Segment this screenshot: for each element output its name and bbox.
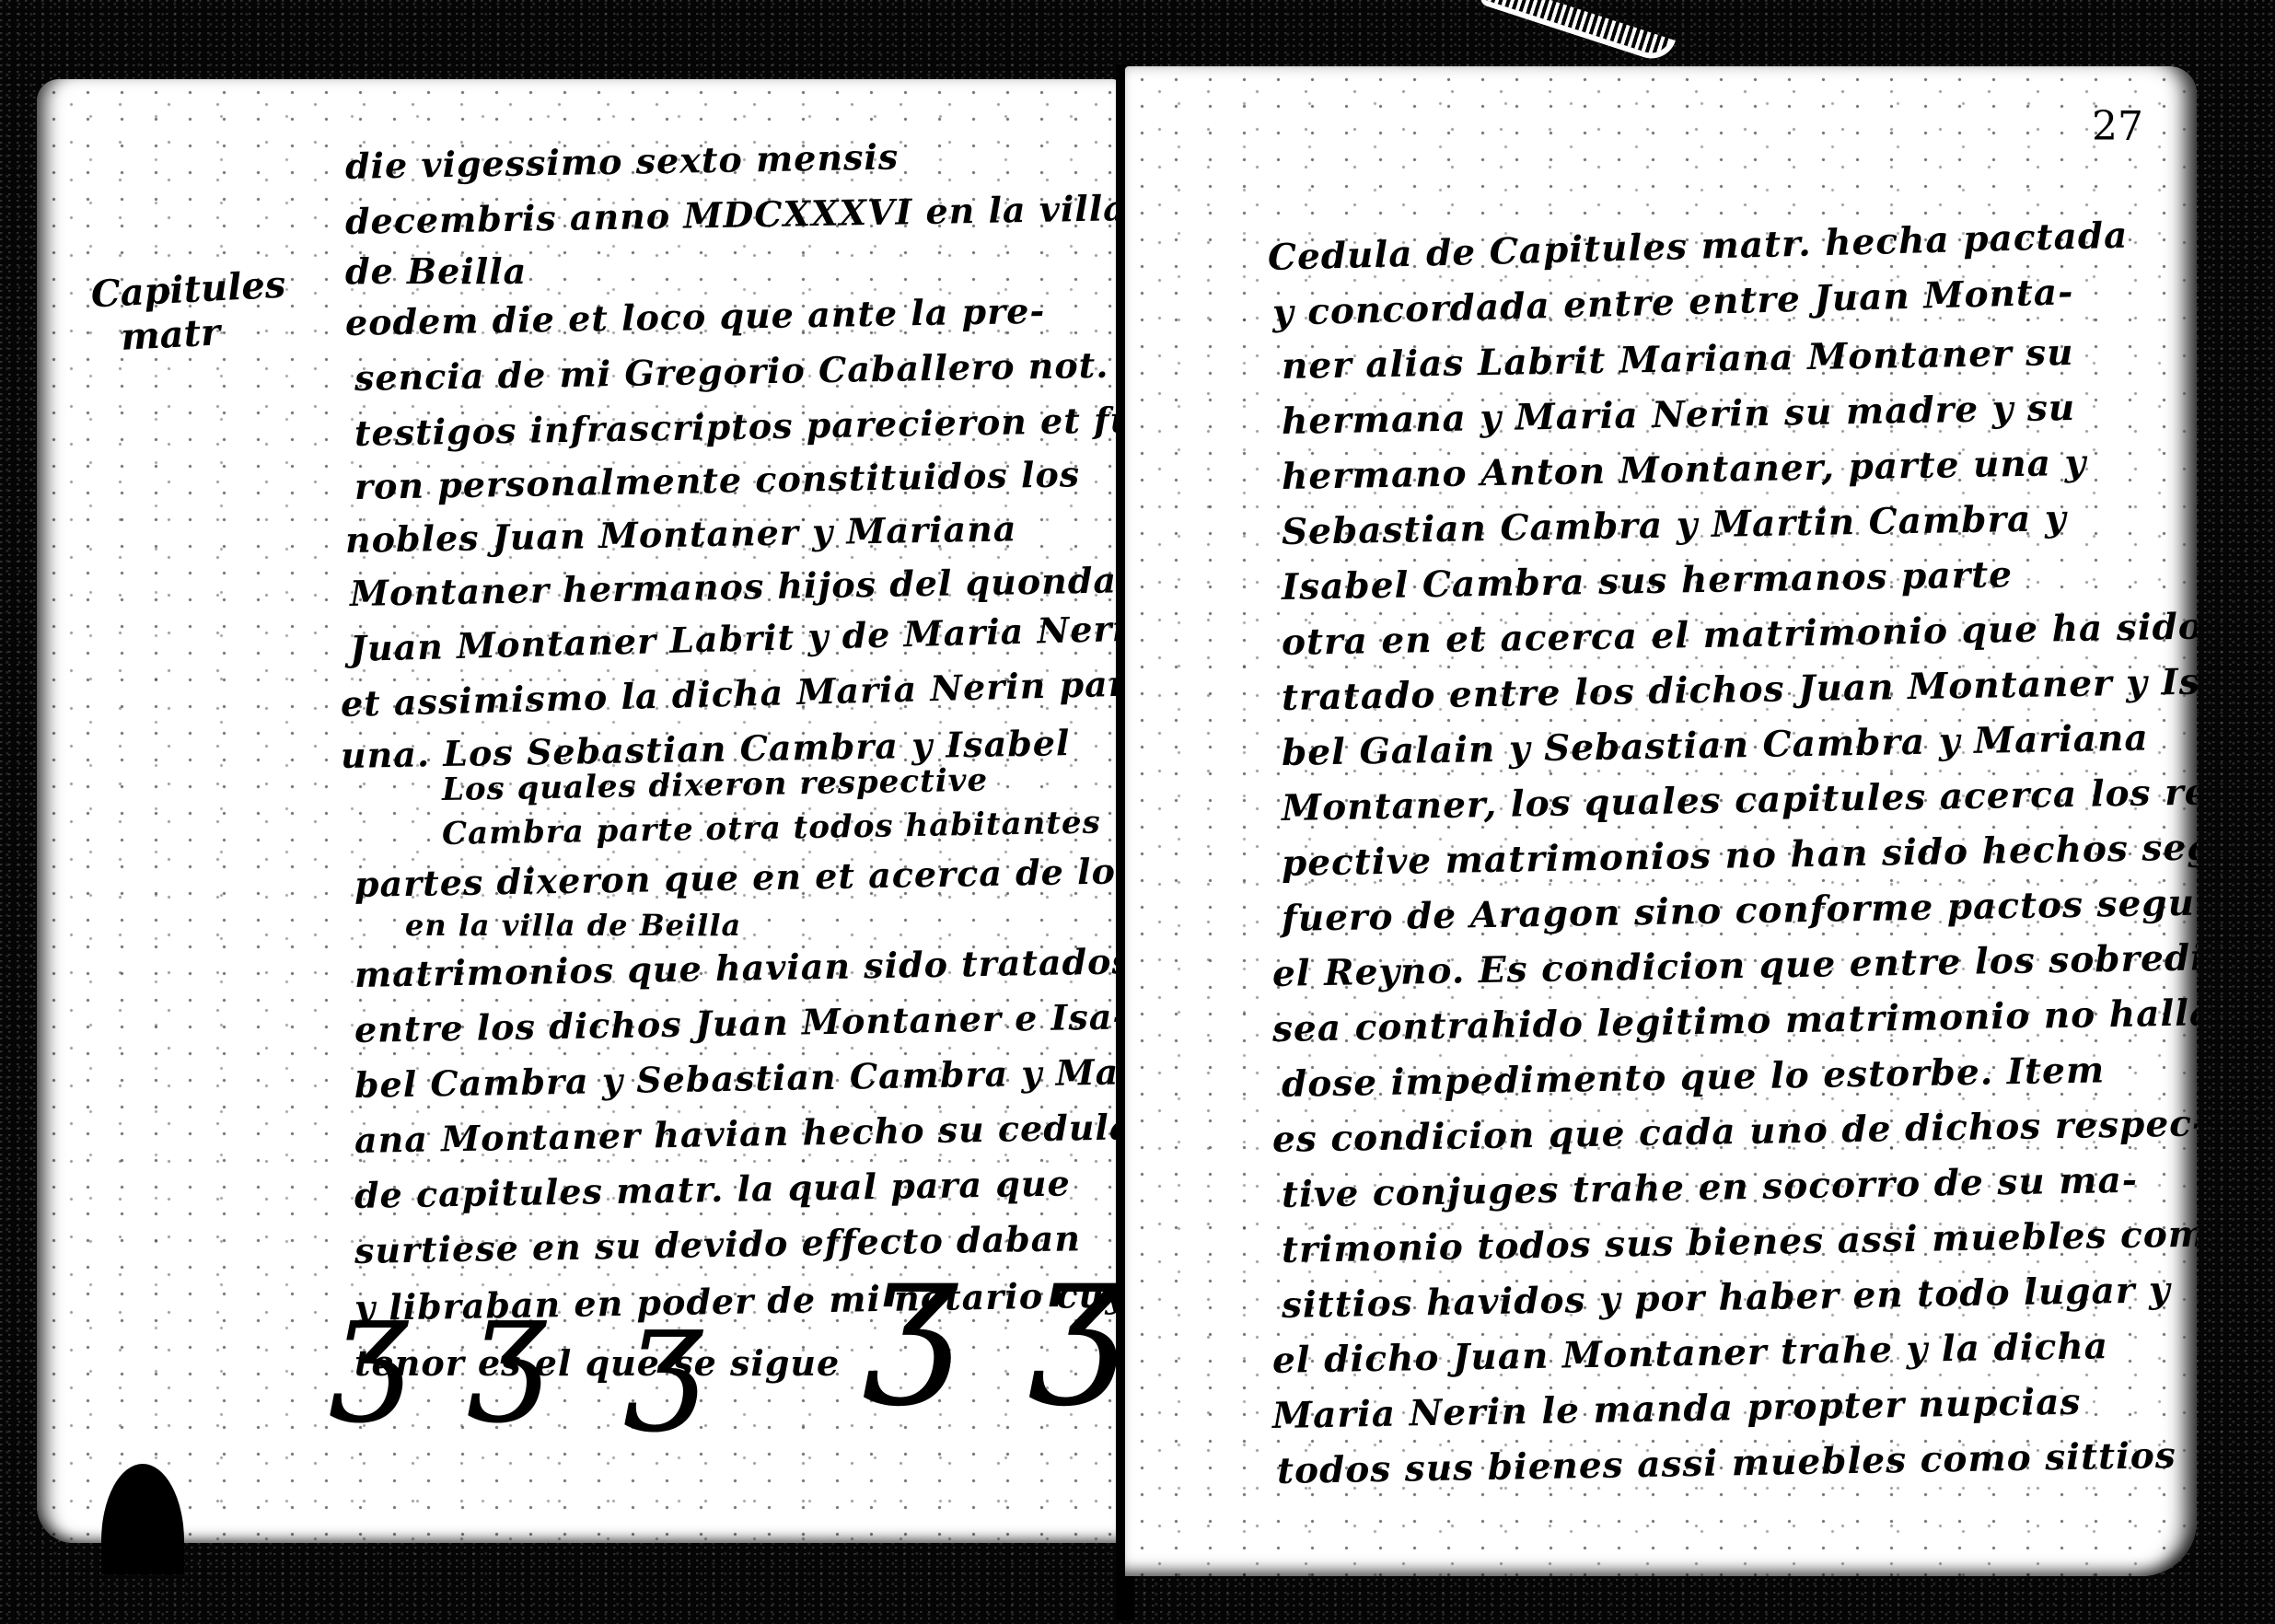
text-line: tenor es el que se sigue (354, 1342, 840, 1384)
text-line: ron personalmente constituidos los (354, 453, 1081, 507)
text-line: eodem die et loco que ante la pre- (345, 290, 1046, 343)
text-line: y concordada entre entre Juan Monta- (1271, 271, 2073, 334)
text-line: Montaner, los quales capitules acerca lo… (1282, 771, 2197, 829)
text-line: tive conjuges trahe en socorro de su ma- (1282, 1159, 2139, 1216)
text-line: ana Montaner havian hecho su cedula (354, 1106, 1119, 1161)
text-line: bel Galain y Sebastian Cambra y Mariana (1282, 717, 2149, 774)
text-line: ner alias Labrit Mariana Montaner su (1282, 331, 2074, 388)
text-line: nobles Juan Montaner y Mariana (345, 507, 1017, 561)
closing-flourish: ʒ (331, 1276, 410, 1414)
text-line: sea contrahido legitimo matrimonio no ha… (1272, 991, 2197, 1050)
text-line: pective matrimonios no han sido hechos s… (1282, 825, 2197, 885)
left-page: Capitules matr die vigessimo sexto mensi… (37, 79, 1119, 1543)
text-line: en la villa de Beilla (405, 908, 741, 943)
text-line: es condicion que cada uno de dichos resp… (1272, 1102, 2197, 1161)
text-line: Cedula de Capitules matr. hecha pactada (1267, 215, 2129, 279)
text-line: trimonio todos sus bienes assi muebles c… (1282, 1212, 2197, 1271)
closing-flourish: ʒ (470, 1276, 548, 1414)
margin-note-line: matr (92, 307, 289, 361)
text-line: matrimonios que havian sido tratados (354, 940, 1119, 995)
text-line: Maria Nerin le manda propter nupcias (1272, 1381, 2082, 1437)
text-line: surtiese en su devido effecto daban (354, 1217, 1082, 1271)
closing-flourish: ʒ (1031, 1230, 1119, 1396)
text-line: sencia de mi Gregorio Caballero not. y d… (354, 342, 1119, 399)
text-line: dose impedimento que lo estorbe. Item (1282, 1049, 2106, 1106)
text-line: de capitules matr. la qual para que (354, 1162, 1071, 1216)
text-line: otra en et acerca el matrimonio que ha s… (1282, 606, 2197, 664)
text-line: Isabel Cambra sus hermanos parte (1282, 553, 2014, 609)
text-line: bel Cambra y Sebastian Cambra y Mari- (354, 1050, 1119, 1106)
text-line: Juan Montaner Labrit y de Maria Nerin (349, 607, 1119, 669)
closing-flourish: ʒ (626, 1285, 704, 1423)
closing-flourish: ʒ (865, 1230, 959, 1396)
text-line: tratado entre los dichos Juan Montaner y… (1282, 660, 2197, 719)
margin-note: Capitules matr (90, 263, 289, 362)
text-line: Sebastian Cambra y Martin Cambra y (1282, 497, 2067, 553)
folio-number: 27 (2092, 103, 2143, 150)
text-line: et assimismo la dicha Maria Nerin parte (340, 661, 1119, 725)
text-line: Cambra parte otra todos habitantes (442, 805, 1101, 853)
text-line: testigos infrascriptos parecieron et fue… (354, 398, 1119, 454)
text-line: fuero de Aragon sino conforme pactos seg… (1282, 879, 2197, 940)
text-line: sittios havidos y por haber en todo luga… (1282, 1269, 2171, 1327)
text-line: die vigessimo sexto mensis (345, 136, 900, 187)
text-line: de Beilla (345, 250, 527, 292)
text-line: el Reyno. Es condicion que entre los sob… (1272, 935, 2197, 995)
text-line: hermano Anton Montaner, parte una y (1282, 442, 2087, 498)
text-line: entre los dichos Juan Montaner e Isa- (354, 995, 1119, 1050)
text-line: decembris anno MDCXXXVI en la villa (345, 187, 1119, 242)
text-line: Montaner hermanos hijos del quondam (350, 559, 1119, 614)
text-line: el dicho Juan Montaner trahe y la dicha (1272, 1325, 2109, 1382)
text-line: hermana y Maria Nerin su madre y su (1282, 387, 2076, 443)
text-line: partes dixeron que en et acerca de los (354, 850, 1119, 905)
text-line: todos sus bienes assi muebles como sitti… (1277, 1434, 2177, 1492)
right-page: 27 Cedula de Capitules matr. hecha pacta… (1125, 66, 2197, 1576)
